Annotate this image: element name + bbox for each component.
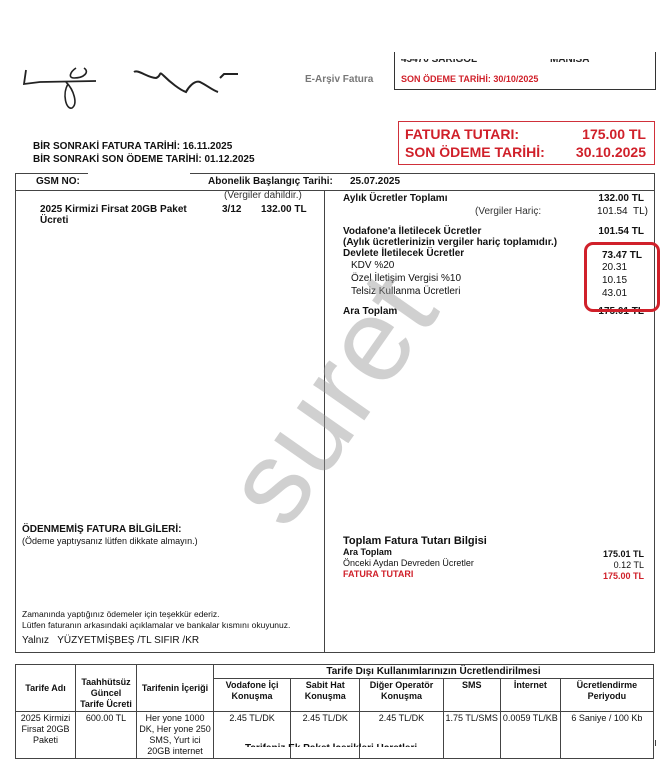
kdv-label: KDV %20 — [351, 260, 394, 271]
cell-internet: 0.0059 TL/KB — [500, 712, 560, 759]
carryover-value: 0.12 TL — [614, 560, 644, 570]
due-date-label: SON ÖDEME TARİHİ: — [405, 144, 565, 160]
cell-tariff-fee: 600.00 TL — [76, 712, 137, 759]
gsm-label: GSM NO: — [36, 176, 80, 187]
address-line: 45470 SARIGÖL — [401, 54, 477, 65]
cell-tariff-name: 2025 Kirmizi Firsat 20GB Paketi — [16, 712, 76, 759]
summary-total-label: FATURA TUTARI — [343, 569, 413, 579]
state-charges-label: Devlete İletilecek Ücretler — [343, 248, 464, 259]
header-sms: SMS — [443, 679, 500, 712]
address-city: MANİSA — [550, 54, 589, 65]
subscriber-row: GSM NO: Abonelik Başlangıç Tarihi: 25.07… — [16, 174, 654, 191]
summary-subtotal-label: Ara Toplam — [343, 547, 392, 557]
summary-total-value: 175.00 TL — [603, 571, 644, 581]
cell-vodafone-call: 2.45 TL/DK — [214, 712, 291, 759]
table-row: 2025 Kirmizi Firsat 20GB Paketi 600.00 T… — [16, 712, 654, 759]
cell-landline-call: 2.45 TL/DK — [291, 712, 360, 759]
radio-fee-label: Telsiz Kullanma Ücretleri — [351, 286, 460, 297]
invoice-total-box: FATURA TUTARI: 175.00 TL SON ÖDEME TARİH… — [398, 121, 655, 165]
start-date-value: 25.07.2025 — [350, 176, 400, 187]
next-invoice-info: BİR SONRAKİ FATURA TARİHİ: 16.11.2025 Bİ… — [33, 140, 255, 166]
state-charges-highlight — [584, 242, 660, 312]
vodafone-charges-label: Vodafone'a İletilecek Ücretler — [343, 226, 481, 237]
address-due-date: SON ÖDEME TARİHİ: 30/10/2025 — [401, 74, 538, 84]
header-tariff-name: Tarife Adı — [16, 665, 76, 712]
oiv-label: Özel İletişim Vergisi %10 — [351, 273, 461, 284]
vodafone-charges-note: (Aylık ücretlerinizin vergiler hariç top… — [343, 237, 557, 248]
subtotal-label: Ara Toplam — [343, 306, 397, 317]
header-vodafone-call: Vodafone İçi Konuşma — [214, 679, 291, 712]
address-box: 45470 SARIGÖL MANİSA SON ÖDEME TARİHİ: 3… — [394, 52, 656, 90]
package-column: (Vergiler dahildir.) 2025 Kirmizi Firsat… — [16, 190, 324, 652]
thanks-note: Zamanında yaptığınız ödemeler için teşek… — [22, 609, 220, 619]
cell-other-operator-call: 2.45 TL/DK — [360, 712, 443, 759]
header-landline-call: Sabit Hat Konuşma — [291, 679, 360, 712]
invoice-amount-label: FATURA TUTARI: — [405, 126, 565, 142]
cell-billing-period: 6 Saniye / 100 Kb — [560, 712, 653, 759]
cell-tariff-content: Her yone 1000 DK, Her yone 250 SMS, Yurt… — [137, 712, 214, 759]
header-internet: İnternet — [500, 679, 560, 712]
header-tariff-fee: Taahhütsüz Güncel Tarife Ücreti — [76, 665, 137, 712]
read-back-note: Lütfen faturanın arkasındaki açıklamalar… — [22, 620, 290, 630]
invoice-amount-value: 175.00 TL — [582, 126, 646, 142]
invoice-main-box: GSM NO: Abonelik Başlangıç Tarihi: 25.07… — [15, 173, 655, 653]
monthly-total-value: 132.00 TL — [598, 193, 644, 204]
signature-2-icon — [128, 66, 248, 98]
package-installment: 3/12 — [222, 204, 241, 215]
package-name: 2025 Kirmizi Firsat 20GB Paket Ücreti — [40, 204, 188, 226]
start-date-label: Abonelik Başlangıç Tarihi: — [208, 176, 333, 187]
summary-title: Toplam Fatura Tutarı Bilgisi — [343, 535, 487, 547]
header-out-of-tariff: Tarife Dışı Kullanımlarınızın Ücretlendi… — [214, 665, 654, 679]
next-due-date: BİR SONRAKİ SON ÖDEME TARİHİ: 01.12.2025 — [33, 153, 255, 166]
document-type-label: E-Arşiv Fatura — [305, 74, 373, 85]
excl-tax-label: (Vergiler Hariç: — [475, 206, 541, 217]
monthly-total-label: Aylık Ücretler Toplamı — [343, 193, 447, 204]
due-date-value: 30.10.2025 — [576, 144, 646, 160]
carryover-label: Önceki Aydan Devreden Ücretler — [343, 558, 474, 568]
gsm-redaction — [88, 172, 190, 187]
package-amount: 132.00 TL — [261, 204, 307, 215]
header-other-operator-call: Diğer Operatör Konuşma — [360, 679, 443, 712]
vodafone-charges-value: 101.54 TL — [598, 226, 644, 237]
amount-in-words: Yalnız YÜZYETMİŞBEŞ /TL SIFIR /KR — [22, 635, 199, 646]
header-billing-period: Ücretlendirme Periyodu — [560, 679, 653, 712]
unpaid-note: (Ödeme yaptıysanız lütfen dikkate almayı… — [22, 536, 198, 546]
cell-sms: 1.75 TL/SMS — [443, 712, 500, 759]
tax-included-note: (Vergiler dahildir.) — [224, 190, 302, 201]
summary-subtotal-value: 175.01 TL — [603, 549, 644, 559]
signature-1-icon — [18, 64, 98, 114]
next-invoice-date: BİR SONRAKİ FATURA TARİHİ: 16.11.2025 — [33, 140, 255, 153]
excl-tax-value: 101.54 TL) — [597, 206, 648, 217]
unpaid-title: ÖDENMEMİŞ FATURA BİLGİLERİ: — [22, 524, 181, 535]
header-tariff-content: Tarifenin İçeriği — [137, 665, 214, 712]
